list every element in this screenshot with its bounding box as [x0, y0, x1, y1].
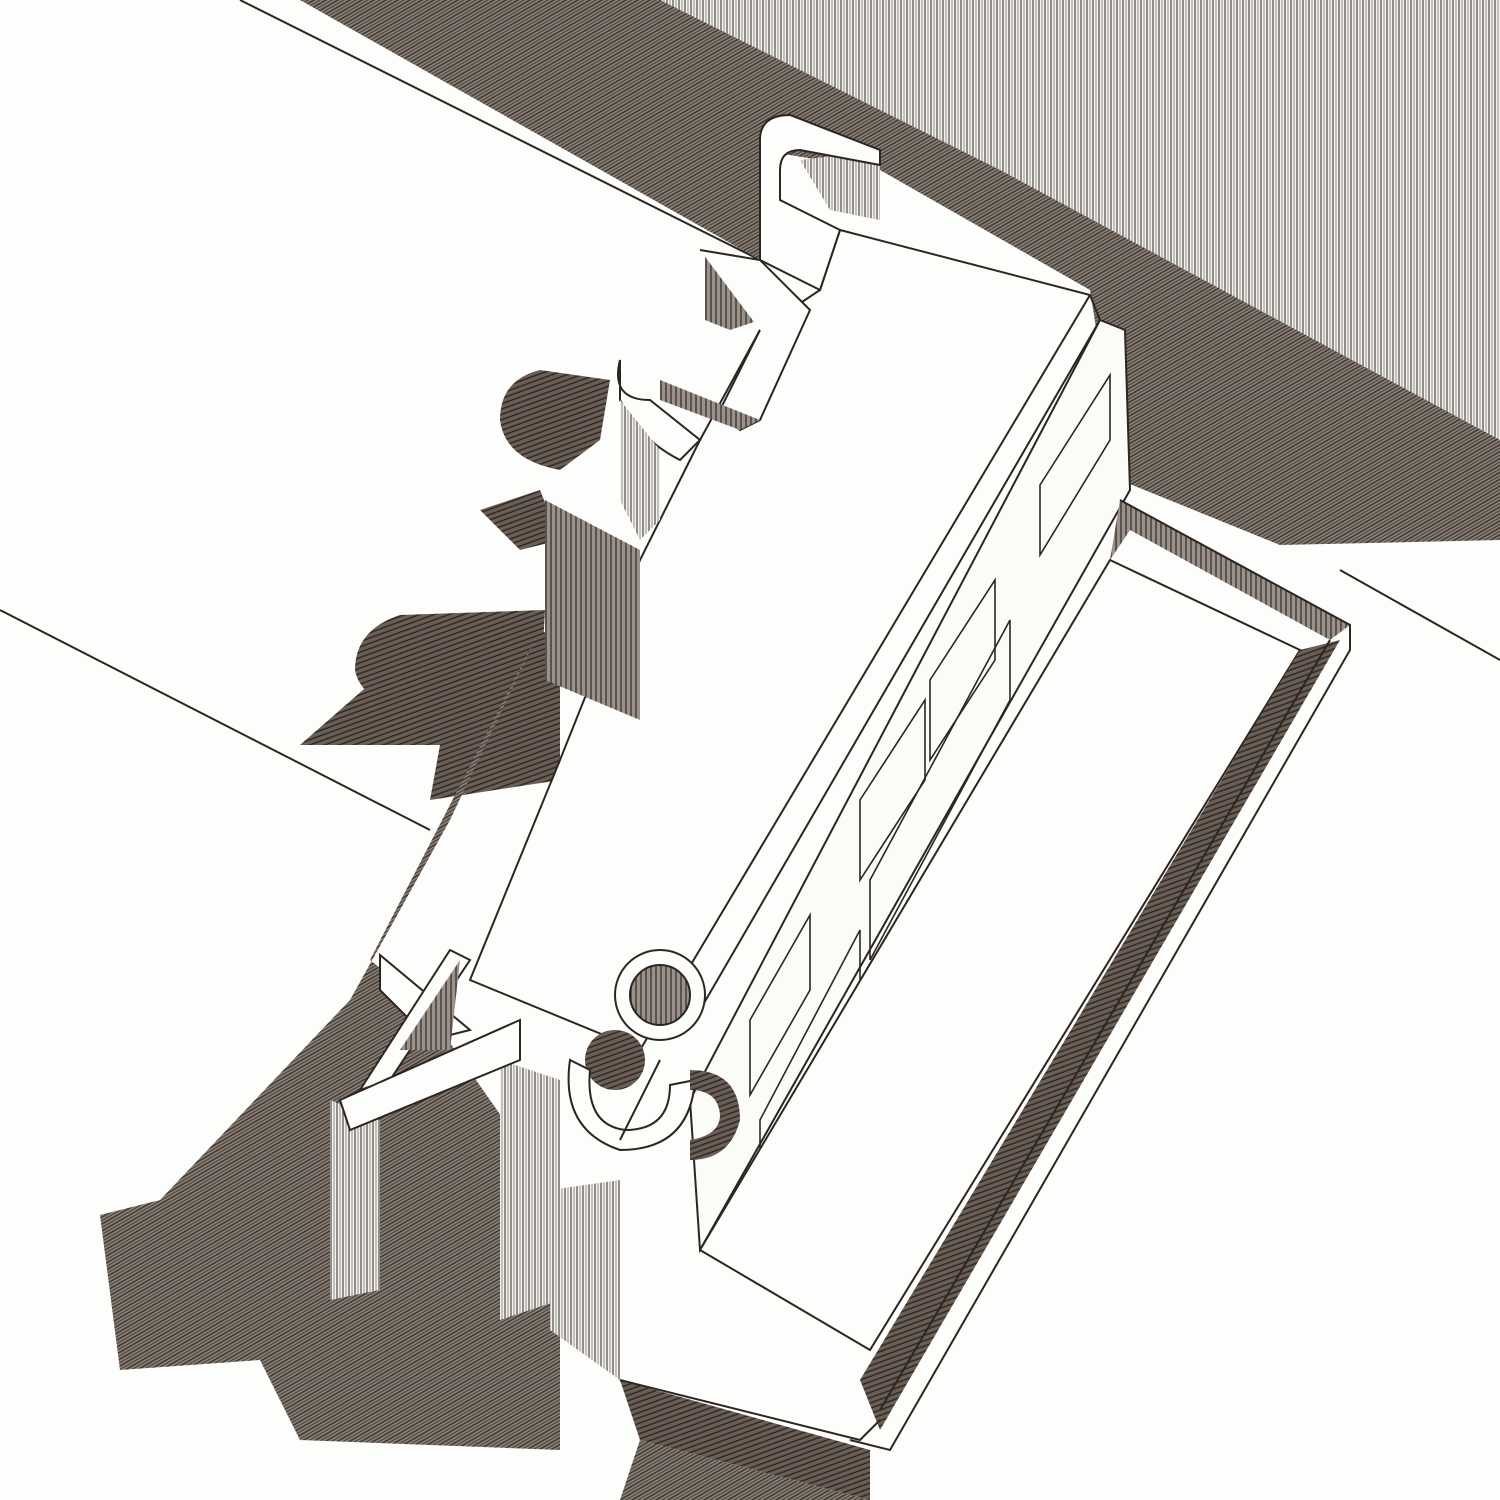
- artwork-canvas: [0, 0, 1500, 1500]
- left-pier: [330, 1100, 380, 1300]
- axonometric-drawing: [0, 0, 1500, 1500]
- front-pier: [550, 1180, 620, 1380]
